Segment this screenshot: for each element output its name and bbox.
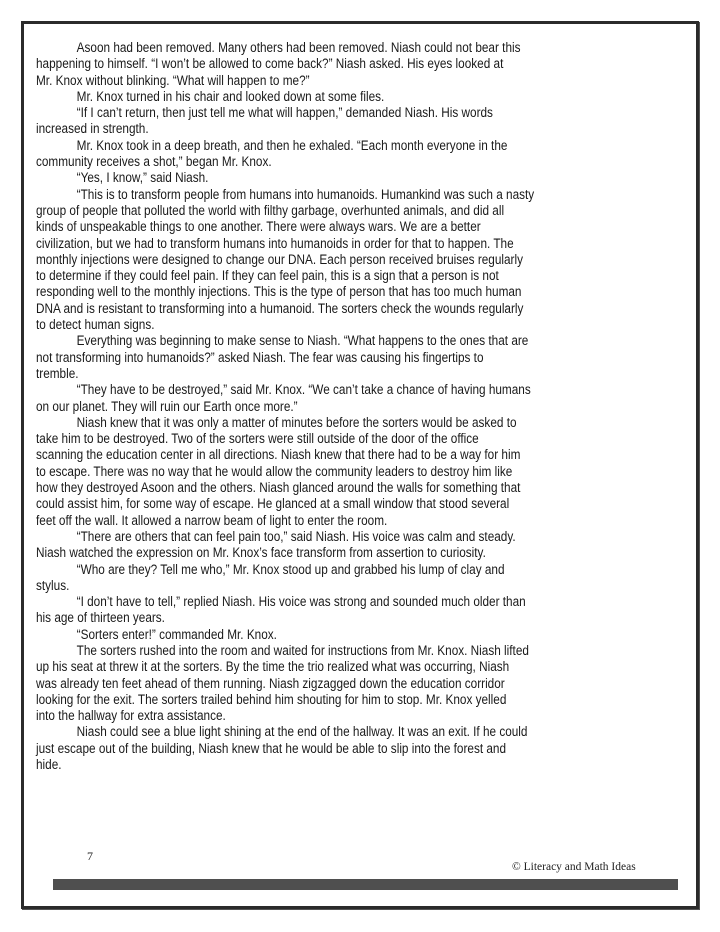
story-line: Mr. Knox took in a deep breath, and then… <box>36 138 576 154</box>
story-line: into the hallway for extra assistance. <box>36 708 576 724</box>
story-line: tremble. <box>36 366 576 382</box>
story-line: kinds of unspeakable things to one anoth… <box>36 219 576 235</box>
story-line: just escape out of the building, Niash k… <box>36 741 576 757</box>
story-line: up his seat at threw it at the sorters. … <box>36 659 576 675</box>
page-number: 7 <box>87 849 93 864</box>
story-line: to detect human signs. <box>36 317 576 333</box>
story-line: how they destroyed Asoon and the others.… <box>36 480 576 496</box>
story-line: The sorters rushed into the room and wai… <box>36 643 576 659</box>
story-line: to determine if they could feel pain. If… <box>36 268 576 284</box>
story-text: Asoon had been removed. Many others had … <box>36 40 686 773</box>
footer-bar <box>53 879 678 890</box>
story-line: Niash knew that it was only a matter of … <box>36 415 576 431</box>
story-line: “If I can’t return, then just tell me wh… <box>36 105 576 121</box>
story-line: looking for the exit. The sorters traile… <box>36 692 576 708</box>
story-line: not transforming into humanoids?” asked … <box>36 350 576 366</box>
story-line: to escape. There was no way that he woul… <box>36 464 576 480</box>
story-line: “I don’t have to tell,” replied Niash. H… <box>36 594 576 610</box>
story-line: on our planet. They will ruin our Earth … <box>36 399 576 415</box>
story-line: could assist him, for some way of escape… <box>36 496 576 512</box>
story-line: group of people that polluted the world … <box>36 203 576 219</box>
story-line: hide. <box>36 757 576 773</box>
story-line: Mr. Knox turned in his chair and looked … <box>36 89 576 105</box>
story-line: his age of thirteen years. <box>36 610 576 626</box>
copyright-notice: © Literacy and Math Ideas <box>512 861 636 873</box>
story-line: Mr. Knox without blinking. “What will ha… <box>36 73 576 89</box>
story-line: “There are others that can feel pain too… <box>36 529 576 545</box>
story-line: DNA and is resistant to transforming int… <box>36 301 576 317</box>
story-line: Asoon had been removed. Many others had … <box>36 40 576 56</box>
story-line: “Who are they? Tell me who,” Mr. Knox st… <box>36 562 576 578</box>
story-line: increased in strength. <box>36 121 576 137</box>
story-line: happening to himself. “I won’t be allowe… <box>36 56 576 72</box>
story-line: responding well to the monthly injection… <box>36 284 576 300</box>
story-line: stylus. <box>36 578 576 594</box>
story-line: take him to be destroyed. Two of the sor… <box>36 431 576 447</box>
story-line: Niash could see a blue light shining at … <box>36 724 576 740</box>
story-line: “Yes, I know,” said Niash. <box>36 170 576 186</box>
story-line: was already ten feet ahead of them runni… <box>36 676 576 692</box>
story-line: feet off the wall. It allowed a narrow b… <box>36 513 576 529</box>
story-line: scanning the education center in all dir… <box>36 447 576 463</box>
story-line: civilization, but we had to transform hu… <box>36 236 576 252</box>
story-line: community receives a shot,” began Mr. Kn… <box>36 154 576 170</box>
story-line: monthly injections were designed to chan… <box>36 252 576 268</box>
story-line: Everything was beginning to make sense t… <box>36 333 576 349</box>
story-line: Niash watched the expression on Mr. Knox… <box>36 545 576 561</box>
story-line: “They have to be destroyed,” said Mr. Kn… <box>36 382 576 398</box>
story-line: “Sorters enter!” commanded Mr. Knox. <box>36 627 576 643</box>
story-line: “This is to transform people from humans… <box>36 187 576 203</box>
